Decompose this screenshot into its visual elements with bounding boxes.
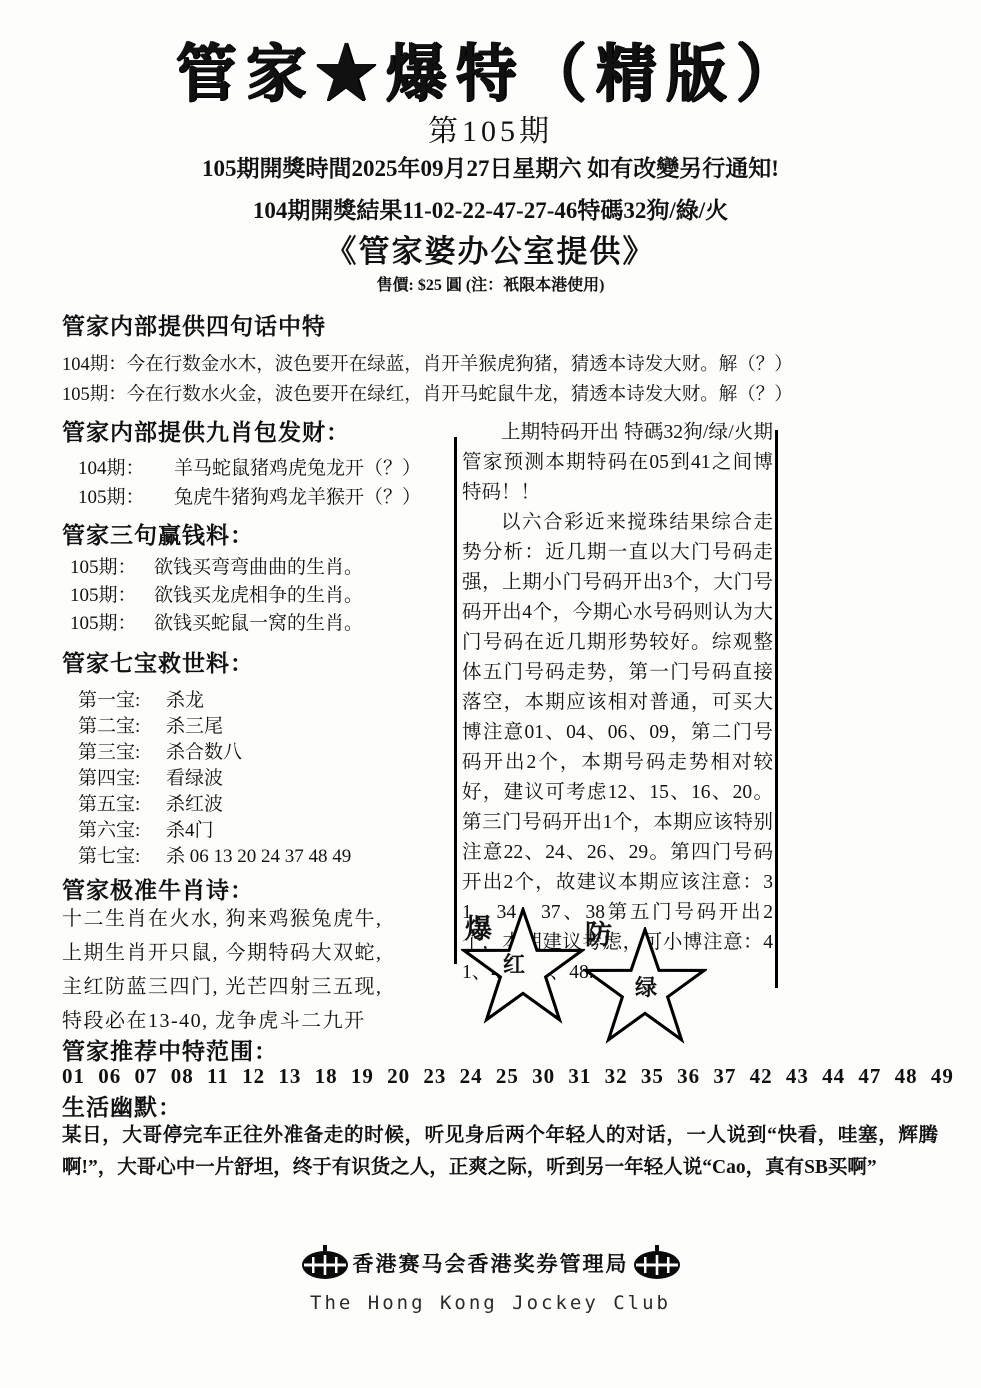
star2-inner-label: 绿 (635, 971, 657, 1002)
row-text: 欲钱买蛇鼠一窝的生肖。 (154, 613, 363, 634)
footer-organization-name: 香港赛马会香港奖券管理局 (353, 1248, 629, 1278)
analysis-paragraph: 上期特码开出 特碼32狗/绿/火期管家预测本期特码在05到41之间博特码！！ (462, 418, 773, 508)
row-label: 105期： (70, 608, 154, 635)
row-label: 第三宝: (78, 737, 166, 764)
row-label: 105期： (78, 482, 174, 509)
page-title: 管家★爆特（精版） (0, 24, 981, 113)
three-sentence-row: 105期：欲钱买弯弯曲曲的生肖。 (70, 552, 363, 579)
last-draw-result: 104期開獎結果11-02-22-47-27-46特碼32狗/綠/火 (0, 192, 981, 225)
row-label: 第四宝: (78, 763, 166, 790)
four-sentence-line: 104期：今在行数金水木，波色要开在绿蓝，肖开羊猴虎狗猪，猜透本诗发大财。解（？… (62, 350, 793, 376)
row-label: 104期： (78, 453, 174, 480)
star2-outer-label: 防 (585, 913, 612, 952)
row-text: 杀4门 (166, 820, 214, 841)
section-heading-recommend-range: 管家推荐中特范围： (62, 1033, 278, 1066)
section-heading-three-sentence: 管家三句赢钱料： (62, 517, 254, 550)
row-label: 第一宝: (78, 685, 166, 712)
seven-treasure-row: 第五宝:杀红波 (78, 789, 223, 816)
section-heading-humor: 生活幽默： (62, 1089, 182, 1122)
seven-treasure-row: 第一宝:杀龙 (78, 685, 204, 712)
row-text: 欲钱买弯弯曲曲的生肖。 (154, 557, 363, 578)
row-text: 兔虎牛猪狗鸡龙羊猴开（？） (174, 487, 421, 508)
section-heading-nine-zodiac: 管家内部提供九肖包发财： (62, 414, 350, 447)
column-divider-left (454, 437, 457, 964)
row-text: 杀合数八 (166, 742, 242, 763)
tip-sheet-page: 管家★爆特（精版） 第105期 105期開獎時間2025年09月27日星期六 如… (0, 0, 981, 1388)
draw-time-notice: 105期開獎時間2025年09月27日星期六 如有改變另行通知! (0, 150, 981, 183)
row-label: 105期： (70, 580, 154, 607)
row-label: 第二宝: (78, 711, 166, 738)
footer-organization-english: The Hong Kong Jockey Club (0, 1292, 981, 1314)
price-note: 售價: $25 圓 (注：衹限本港使用) (0, 272, 981, 295)
poem-line: 主红防蓝三四门, 光芒四射三五现, (62, 970, 383, 999)
row-text: 看绿波 (166, 768, 223, 789)
row-text: 杀红波 (166, 794, 223, 815)
seven-treasure-row: 第四宝:看绿波 (78, 763, 223, 790)
recommend-numbers: 01 06 07 08 11 12 13 18 19 20 23 24 25 3… (62, 1064, 954, 1089)
row-label: 第七宝: (78, 841, 166, 868)
row-text: 羊马蛇鼠猪鸡虎兔龙开（？） (174, 458, 421, 479)
hkjc-logo-icon (300, 1244, 350, 1282)
three-sentence-row: 105期：欲钱买蛇鼠一窝的生肖。 (70, 608, 363, 635)
star1-inner-label: 红 (503, 948, 525, 979)
section-heading-four-sentence: 管家内部提供四句话中特 (62, 308, 326, 341)
nine-zodiac-row: 104期：羊马蛇鼠猪鸡虎兔龙开（？） (78, 453, 421, 480)
poem-line: 十二生肖在火水, 狗来鸡猴兔虎牛, (62, 902, 383, 931)
issue-number: 第105期 (0, 106, 981, 150)
poem-line: 上期生肖开只鼠, 今期特码大双蛇, (62, 936, 383, 965)
row-text: 欲钱买龙虎相争的生肖。 (154, 585, 363, 606)
seven-treasure-row: 第三宝:杀合数八 (78, 737, 242, 764)
humor-text: 某日，大哥停完车正往外准备走的时候，听见身后两个年轻人的对话，一人说到“快看，哇… (62, 1120, 938, 1184)
burst-guard-stars: 爆 红 防 绿 (455, 893, 795, 1048)
row-label: 第五宝: (78, 789, 166, 816)
nine-zodiac-row: 105期：兔虎牛猪狗鸡龙羊猴开（？） (78, 482, 421, 509)
provider-line: 《管家婆办公室提供》 (0, 226, 981, 271)
three-sentence-row: 105期：欲钱买龙虎相争的生肖。 (70, 580, 363, 607)
section-heading-ox-poem: 管家极准牛肖诗： (62, 872, 254, 905)
four-sentence-line: 105期：今在行数水火金，波色要开在绿红，肖开马蛇鼠牛龙，猜透本诗发大财。解（？… (62, 380, 793, 406)
seven-treasure-row: 第七宝:杀 06 13 20 24 37 48 49 (78, 841, 351, 868)
seven-treasure-row: 第二宝:杀三尾 (78, 711, 223, 738)
row-label: 105期： (70, 552, 154, 579)
row-text: 杀 06 13 20 24 37 48 49 (166, 846, 351, 867)
hkjc-logo-icon (632, 1244, 682, 1282)
star1-outer-label: 爆 (465, 907, 492, 946)
footer-organization: 香港赛马会香港奖券管理局 (0, 1244, 981, 1282)
row-text: 杀龙 (166, 690, 204, 711)
row-text: 杀三尾 (166, 716, 223, 737)
poem-line: 特段必在13-40, 龙争虎斗二九开 (62, 1004, 366, 1033)
row-label: 第六宝: (78, 815, 166, 842)
section-heading-seven-treasure: 管家七宝救世料： (62, 645, 254, 678)
seven-treasure-row: 第六宝:杀4门 (78, 815, 214, 842)
